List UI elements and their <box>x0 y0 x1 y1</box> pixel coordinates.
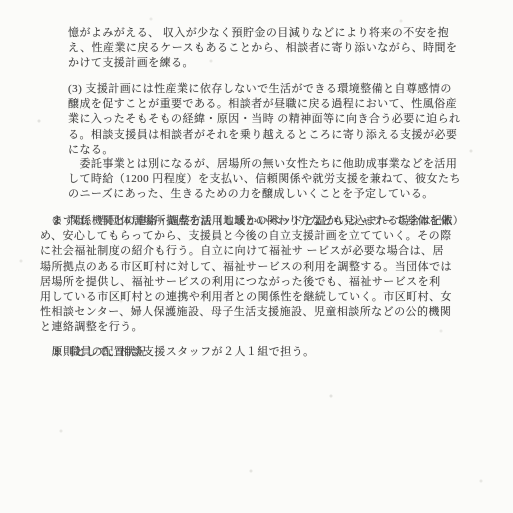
section-2-body: まずは、当団体居場所拠点を活用し暖かいベッドと温かいシャワーで身体を休 め、安心… <box>40 214 452 336</box>
text-line: 原則として、相談支援スタッフが２人１組で担う。 <box>40 345 315 360</box>
scanned-document-page: 憶がよみがえる、 収入が少なく預貯金の目減りなどにより将来の不安を抱 え、性産業… <box>0 0 513 513</box>
text-line: に社会福祉制度の紹介も行う。自立に向けて福祉サ ービスが必要な場合は、居 <box>40 244 452 259</box>
paragraph-support-plan: (3) 支援計画には性産業に依存しないで生活ができる環境整備と自尊感情の 醸成を… <box>68 82 461 158</box>
text-line: して時給（1200 円程度）を支払い、信頼関係や就労支援を兼ねて、彼女たち <box>68 172 461 187</box>
text-line: 性相談センター、婦人保護施設、母子生活支援施設、児童相談所などの公的機関 <box>40 305 452 320</box>
text-line: る。相談支援員は相談者がそれを乗り越えるところに寄り添える支援が必要 <box>68 128 461 143</box>
text-line: め、安心してもらってから、支援員と今後の自立支援計画を立てていく。その際 <box>40 229 452 244</box>
text-line: 業に入ったそもそもの経緯・原因・当時 の精神面等に向き合う必要に迫られ <box>68 112 461 127</box>
text-line: え、性産業に戻るケースもあることから、相談者に寄り添いながら、時間を <box>68 41 457 56</box>
paragraph-entrusted-business: 委託事業とは別になるが、居場所の無い女性たちに他助成事業などを活用 して時給（1… <box>68 157 461 203</box>
scan-noise-specks <box>0 0 2 2</box>
text-line: 醸成を促すことが重要である。相談者が昼職に戻る過程において、性風俗産 <box>68 97 461 112</box>
text-line: 委託事業とは別になるが、居場所の無い女性たちに他助成事業などを活用 <box>68 157 461 172</box>
paragraph-memory: 憶がよみがえる、 収入が少なく預貯金の目減りなどにより将来の不安を抱 え、性産業… <box>68 26 457 72</box>
text-line: になる。 <box>68 143 461 158</box>
text-line: 場所拠点のある市区町村に対して、福祉サービスの利用を調整する。当団体では <box>40 260 452 275</box>
text-line: まずは、当団体居場所拠点を活用し暖かいベッドと温かいシャワーで身体を休 <box>40 214 452 229</box>
section-3-body: 原則として、相談支援スタッフが２人１組で担う。 <box>40 345 315 360</box>
text-line: (3) 支援計画には性産業に依存しないで生活ができる環境整備と自尊感情の <box>68 82 461 97</box>
text-line: 用している市区町村との連携や利用者との関係性を継続していく。市区町村、女 <box>40 290 452 305</box>
text-line: 居場所を提供し、福祉サービスの利用につながった後でも、福祉サービスを利 <box>40 275 452 290</box>
text-line: かけて支援計画を練る。 <box>68 56 457 71</box>
text-line: 憶がよみがえる、 収入が少なく預貯金の目減りなどにより将来の不安を抱 <box>68 26 457 41</box>
